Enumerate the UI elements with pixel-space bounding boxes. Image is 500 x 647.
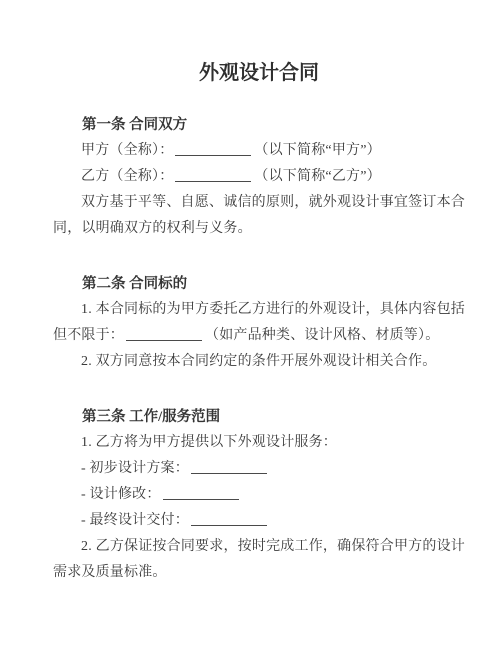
fill-in-blank <box>191 461 267 474</box>
text-run: （以下简称“甲方”） <box>254 143 380 158</box>
paragraph: 2. 乙方保证按合同要求，按时完成工作，确保符合甲方的设计需求及质量标准。 <box>53 534 465 586</box>
fill-in-blank <box>175 169 251 182</box>
contract-section-2: 第二条 合同标的1. 本合同标的为甲方委托乙方进行的外观设计，具体内容包括但不限… <box>53 271 465 375</box>
paragraph: 2. 双方同意按本合同约定的条件开展外观设计相关合作。 <box>53 349 465 375</box>
paragraph: - 设计修改： <box>53 482 465 508</box>
paragraph: - 初步设计方案： <box>53 456 465 482</box>
section-heading: 第二条 合同标的 <box>53 271 465 297</box>
contract-sections: 第一条 合同双方甲方（全称）：（以下简称“甲方”）乙方（全称）：（以下简称“乙方… <box>53 112 465 586</box>
section-heading: 第一条 合同双方 <box>53 112 465 138</box>
fill-in-blank <box>126 328 202 341</box>
text-run: - 设计修改： <box>81 487 161 502</box>
paragraph: 1. 本合同标的为甲方委托乙方进行的外观设计，具体内容包括但不限于：（如产品种类… <box>53 297 465 349</box>
text-run: 甲方（全称）： <box>81 143 173 158</box>
paragraph: 双方基于平等、自愿、诚信的原则，就外观设计事宜签订本合同，以明确双方的权利与义务… <box>53 190 465 242</box>
text-run: 乙方（全称）： <box>81 169 173 184</box>
text-run: - 最终设计交付： <box>81 513 189 528</box>
text-run: 2. 双方同意按本合同约定的条件开展外观设计相关合作。 <box>81 354 436 369</box>
text-run: （如产品种类、设计风格、材质等）。 <box>205 328 439 343</box>
paragraph: - 最终设计交付： <box>53 508 465 534</box>
contract-section-3: 第三条 工作/服务范围1. 乙方将为甲方提供以下外观设计服务：- 初步设计方案：… <box>53 404 465 586</box>
document-title: 外观设计合同 <box>53 60 465 86</box>
text-run: （以下简称“乙方”） <box>254 169 380 184</box>
section-heading: 第三条 工作/服务范围 <box>53 404 465 430</box>
text-run: 1. 乙方将为甲方提供以下外观设计服务： <box>81 435 337 450</box>
contract-document-page: 外观设计合同 第一条 合同双方甲方（全称）：（以下简称“甲方”）乙方（全称）：（… <box>0 0 500 647</box>
contract-section-1: 第一条 合同双方甲方（全称）：（以下简称“甲方”）乙方（全称）：（以下简称“乙方… <box>53 112 465 242</box>
text-run: 双方基于平等、自愿、诚信的原则，就外观设计事宜签订本合同，以明确双方的权利与义务… <box>53 195 465 236</box>
text-run: 2. 乙方保证按合同要求，按时完成工作，确保符合甲方的设计需求及质量标准。 <box>53 539 465 580</box>
paragraph: 甲方（全称）：（以下简称“甲方”） <box>53 138 465 164</box>
fill-in-blank <box>175 143 251 156</box>
fill-in-blank <box>163 487 239 500</box>
paragraph: 1. 乙方将为甲方提供以下外观设计服务： <box>53 430 465 456</box>
text-run: - 初步设计方案： <box>81 461 189 476</box>
paragraph: 乙方（全称）：（以下简称“乙方”） <box>53 164 465 190</box>
fill-in-blank <box>191 513 267 526</box>
